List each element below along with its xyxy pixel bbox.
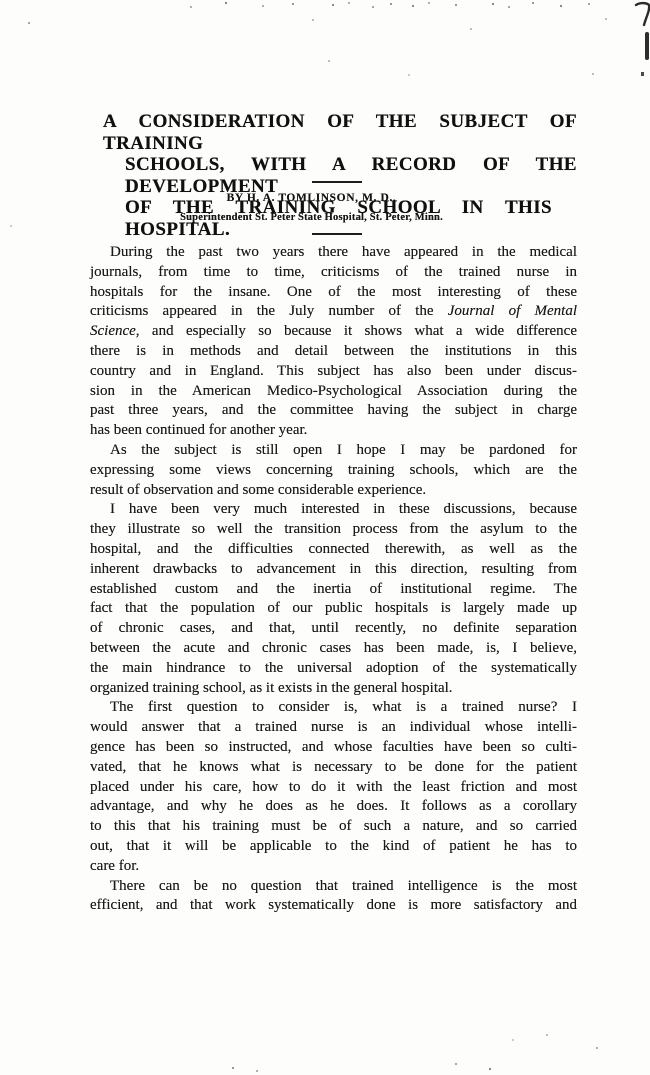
- body-line: The first question to consider is, what …: [90, 698, 577, 718]
- body-line: gence has been so instructed, and whose …: [90, 738, 577, 758]
- body-line: past three years, and the committee havi…: [90, 401, 577, 421]
- body-line: there is in methods and detail between t…: [90, 342, 577, 362]
- body-line: the main hindrance to the universal adop…: [90, 659, 577, 679]
- body-line: out, that it will be applicable to the k…: [90, 837, 577, 857]
- divider-rule-bottom: [312, 233, 362, 235]
- body-line: to this that his training must be of suc…: [90, 817, 577, 837]
- body-line: inherent drawbacks to advancement in thi…: [90, 560, 577, 580]
- scan-artifact-streak: [645, 32, 649, 60]
- body-line: would answer that a trained nurse is an …: [90, 718, 577, 738]
- body-text: During the past two years there have app…: [90, 243, 577, 916]
- body-line: hospital, and the difficulties connected…: [90, 540, 577, 560]
- body-line: journals, from time to time, criticisms …: [90, 263, 577, 283]
- scan-artifact-dot: [641, 72, 644, 76]
- body-line: vated, that he knows what is necessary t…: [90, 758, 577, 778]
- body-line: care for.: [90, 857, 577, 877]
- body-line: placed under his care, how to do it with…: [90, 778, 577, 798]
- body-line: result of observation and some considera…: [90, 481, 577, 501]
- body-line: between the acute and chronic cases has …: [90, 639, 577, 659]
- scanned-page: A CONSIDERATION OF THE SUBJECT OF TRAINI…: [0, 0, 650, 1075]
- handwritten-mark: [634, 1, 650, 27]
- body-line: organized training school, as it exists …: [90, 679, 577, 699]
- body-line: has been continued for another year.: [90, 421, 577, 441]
- body-line: they illustrate so well the transition p…: [90, 520, 577, 540]
- body-line: hospitals for the insane. One of the mos…: [90, 283, 577, 303]
- title-line: SCHOOLS, WITH A RECORD OF THE DEVELOPMEN…: [90, 154, 577, 197]
- body-line: There can be no question that trained in…: [90, 877, 577, 897]
- body-line: country and in England. This subject has…: [90, 362, 577, 382]
- body-line: During the past two years there have app…: [90, 243, 577, 263]
- byline: BY H. A. TOMLINSON, M. D.,: [90, 192, 575, 204]
- body-line: established custom and the inertia of in…: [90, 580, 577, 600]
- body-line: expressing some views concerning trainin…: [90, 461, 577, 481]
- body-line: criticisms appeared in the July number o…: [90, 302, 577, 322]
- body-line: fact that the population of our public h…: [90, 599, 577, 619]
- body-line: sion in the American Medico-Psychologica…: [90, 382, 577, 402]
- divider-rule-top: [312, 181, 362, 183]
- body-line: advantage, and why he does as he does. I…: [90, 797, 577, 817]
- body-line: I have been very much interested in thes…: [90, 500, 577, 520]
- title-line: A CONSIDERATION OF THE SUBJECT OF TRAINI…: [90, 111, 577, 154]
- body-line: As the subject is still open I hope I ma…: [90, 441, 577, 461]
- author-affiliation: Superintendent St. Peter State Hospital,…: [90, 212, 575, 223]
- scan-speckles: [0, 0, 2, 2]
- body-line: efficient, and that work systematically …: [90, 896, 577, 916]
- body-line: Science, and especially so because it sh…: [90, 322, 577, 342]
- body-line: of chronic cases, and that, until recent…: [90, 619, 577, 639]
